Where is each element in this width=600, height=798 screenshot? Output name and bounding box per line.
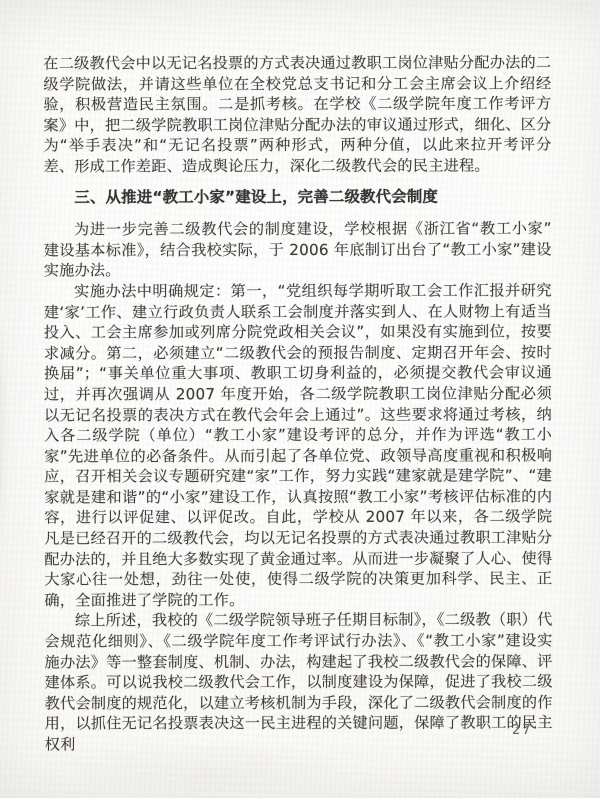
paragraph: 为进一步完善二级教代会的制度建设，学校根据《浙江省“教工小家”建设基本标准》，结…	[44, 219, 552, 282]
scanned-document-page: 在二级教代会中以无记名投票的方式表决通过教职工岗位津贴分配办法的二级学院做法，并…	[0, 0, 600, 798]
section-heading: 三、从推进“教工小家”建设上，完善二级教代会制度	[44, 186, 552, 208]
page-number: 27	[512, 723, 533, 738]
paragraph: 实施办法中明确规定：第一，“党组织每学期听取工会工作汇报并研究建‘家’工作、建立…	[44, 280, 553, 611]
paragraph-continuation: 在二级教代会中以无记名投票的方式表决通过教职工岗位津贴分配办法的二级学院做法，并…	[43, 52, 551, 177]
paragraph: 综上所述，我校的《二级学院领导班子任期目标制》，《二级教（职）代会规范化细则》、…	[44, 610, 552, 755]
scan-artifact	[0, 300, 10, 560]
document-text-block: 在二级教代会中以无记名投票的方式表决通过教职工岗位津贴分配办法的二级学院做法，并…	[43, 52, 552, 755]
